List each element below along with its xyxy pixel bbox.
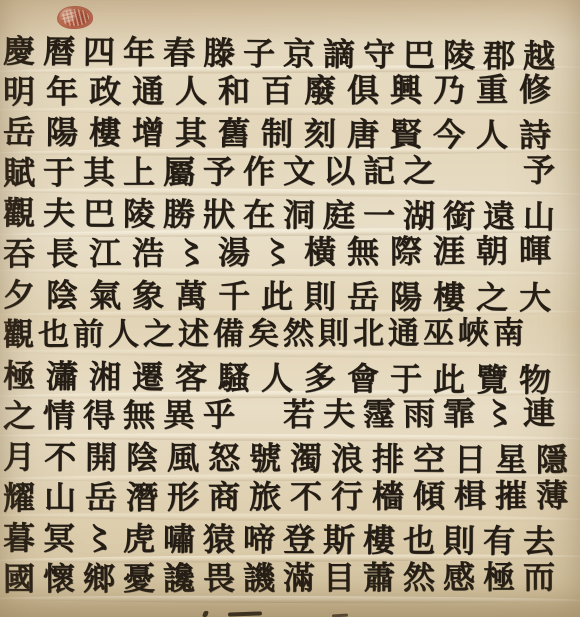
photo-vignette xyxy=(0,0,580,617)
